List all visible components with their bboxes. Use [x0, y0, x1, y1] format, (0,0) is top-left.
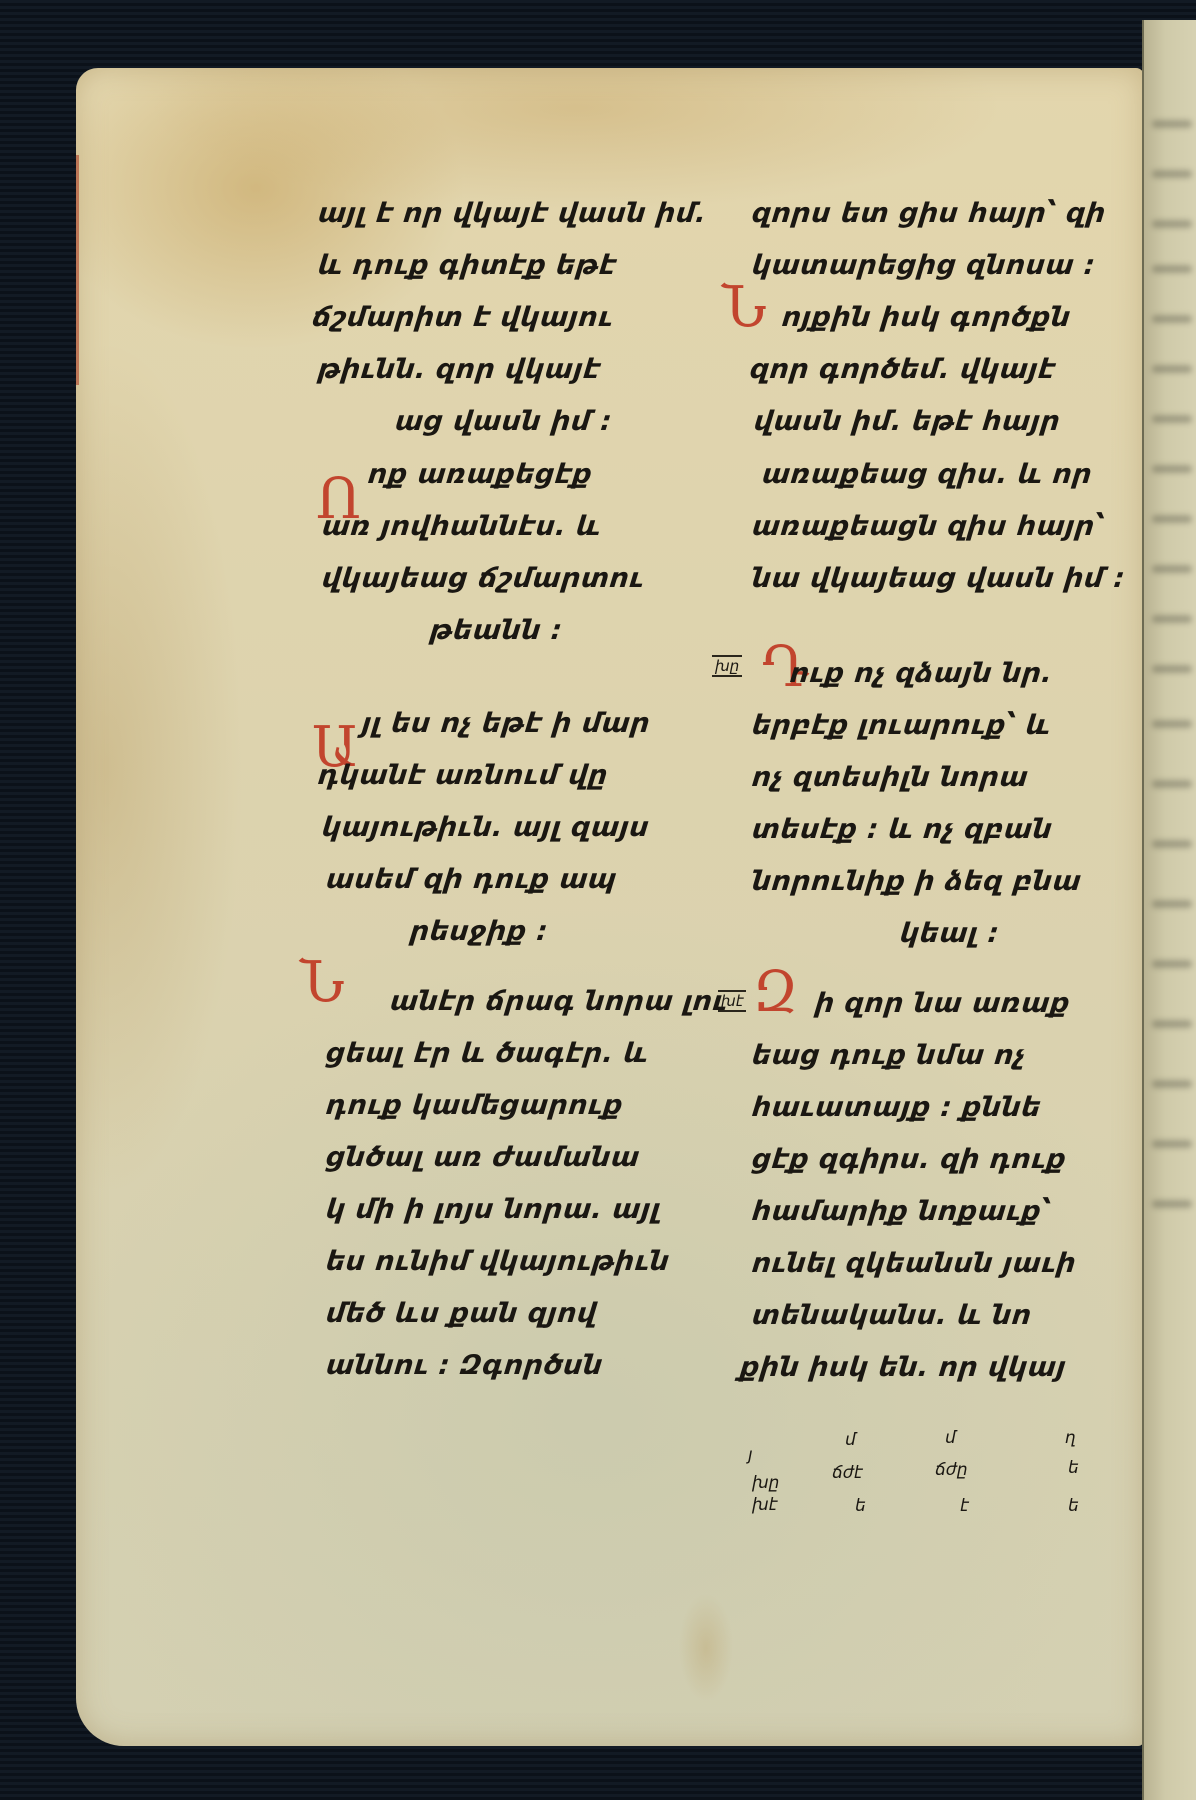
bleed-text: [1152, 615, 1192, 623]
canon-number: ճժը: [935, 1462, 968, 1479]
text-line: ունել զկեանսն յաւի: [751, 1250, 1078, 1277]
text-line: ոք առաքեցէք: [367, 461, 594, 488]
text-line: այլ է որ վկայէ վասն իմ.: [317, 200, 708, 227]
bleed-text: [1152, 465, 1192, 473]
text-line: ոյքին իսկ գործքն: [781, 304, 1072, 331]
text-line: անէր ճրագ նորա լու: [389, 988, 729, 1015]
text-line: յլ ես ոչ եթէ ի մար: [361, 710, 652, 737]
bleed-text: [1152, 1020, 1192, 1028]
bleed-text: [1152, 720, 1192, 728]
bleed-text: [1152, 665, 1192, 673]
canon-number: մ: [945, 1430, 956, 1447]
canon-number: ե: [1068, 1460, 1079, 1477]
text-line: ես ունիմ վկայութիւն: [325, 1248, 671, 1275]
canon-number: ե: [855, 1498, 866, 1515]
canon-number: ղ: [1065, 1430, 1076, 1447]
text-line: և դուք գիտէք եթէ: [317, 252, 618, 279]
canon-number: ճժէ: [832, 1465, 863, 1482]
canon-number: մ: [845, 1432, 856, 1449]
bleed-text: [1152, 220, 1192, 228]
text-line: քին իսկ են․ որ վկայ: [739, 1354, 1068, 1381]
text-line: երբէք լուարուք՝ և: [751, 712, 1053, 739]
text-line: աննու ։ Զգործսն: [325, 1352, 605, 1379]
canon-number: է: [960, 1498, 969, 1515]
canon-number: յ: [748, 1447, 753, 1464]
text-line: համարիք նոքաւք՝: [751, 1198, 1053, 1225]
rubric-initial: Ն: [300, 955, 344, 1011]
text-line: եաց դուք նմա ոչ: [751, 1042, 1028, 1069]
text-line: նորունիք ի ձեզ բնա: [751, 868, 1083, 895]
text-line: ճշմարիտ է վկայու: [311, 304, 615, 331]
text-line: հաւատայք ։ քննե: [751, 1094, 1043, 1121]
bleed-text: [1152, 1200, 1192, 1208]
text-line: առաքեաց զիս․ և որ: [761, 461, 1094, 488]
rubric-initial: Զ: [752, 965, 798, 1021]
text-line: ցնծալ առ ժամանա: [325, 1144, 642, 1171]
bleed-text: [1152, 515, 1192, 523]
canon-number: խէ: [752, 1497, 777, 1514]
text-line: առաքեացն զիս հայր՝: [751, 513, 1107, 540]
bleed-text: [1152, 565, 1192, 573]
canon-number: խը: [752, 1475, 779, 1492]
red-page-edge-mark: [76, 155, 79, 385]
text-line: ոչ զտեսիլն նորա: [751, 764, 1030, 791]
bleed-text: [1152, 265, 1192, 273]
text-line: ասեմ զի դուք ապ: [325, 866, 619, 893]
margin-note: խը: [712, 655, 742, 677]
text-line: թիւնն․ զոր վկայէ: [317, 356, 603, 383]
text-line: կ մի ի լոյս նորա․ այլ: [325, 1196, 662, 1223]
text-line: ի զոր նա առաք: [814, 990, 1072, 1017]
margin-note: խէ: [718, 990, 746, 1012]
next-page-edge: [1142, 20, 1196, 1800]
text-line: վկայեաց ճշմարտու: [321, 565, 646, 592]
text-line: ցէք զգիրս․ զի դուք: [751, 1146, 1068, 1173]
rubric-initial: Ն: [722, 280, 766, 336]
bleed-text: [1152, 170, 1192, 178]
text-line: տեսէք ։ և ոչ զբան: [751, 816, 1054, 843]
bleed-text: [1152, 1140, 1192, 1148]
canon-number: ե: [1068, 1498, 1079, 1515]
text-line: կատարեցից զնոսա ։: [751, 252, 1097, 279]
bleed-text: [1152, 315, 1192, 323]
text-line: դկանէ առնում վը: [317, 762, 610, 789]
text-line: զոր գործեմ․ վկայէ: [749, 356, 1057, 383]
text-line: րեսջիք ։: [409, 918, 550, 945]
text-line: վասն իմ․ եթէ հայր: [753, 408, 1062, 435]
text-line: թեանն ։: [429, 617, 564, 644]
text-line: նա վկայեաց վասն իմ ։: [751, 565, 1127, 592]
bleed-text: [1152, 840, 1192, 848]
bleed-text: [1152, 415, 1192, 423]
bleed-text: [1152, 960, 1192, 968]
text-line: կայութիւն․ այլ զայս: [321, 814, 651, 841]
bleed-text: [1152, 120, 1192, 128]
text-line: կեալ ։: [899, 920, 1001, 947]
text-line: աց վասն իմ ։: [394, 408, 614, 435]
bleed-text: [1152, 365, 1192, 373]
text-line: զորս ետ ցիս հայր՝ զի: [751, 200, 1108, 227]
bleed-text: [1152, 900, 1192, 908]
text-line: առ յովհաննէս․ և: [321, 513, 603, 540]
text-line: մեծ ևս քան զյով: [325, 1300, 599, 1327]
text-line: ցեալ էր և ծագէր․ և: [325, 1040, 650, 1067]
text-line: ուք ոչ զձայն նր․: [789, 660, 1054, 687]
text-line: տենականս․ և նո: [751, 1302, 1034, 1329]
text-line: դուք կամեցարուք: [325, 1092, 625, 1119]
bleed-text: [1152, 1080, 1192, 1088]
bleed-text: [1152, 780, 1192, 788]
